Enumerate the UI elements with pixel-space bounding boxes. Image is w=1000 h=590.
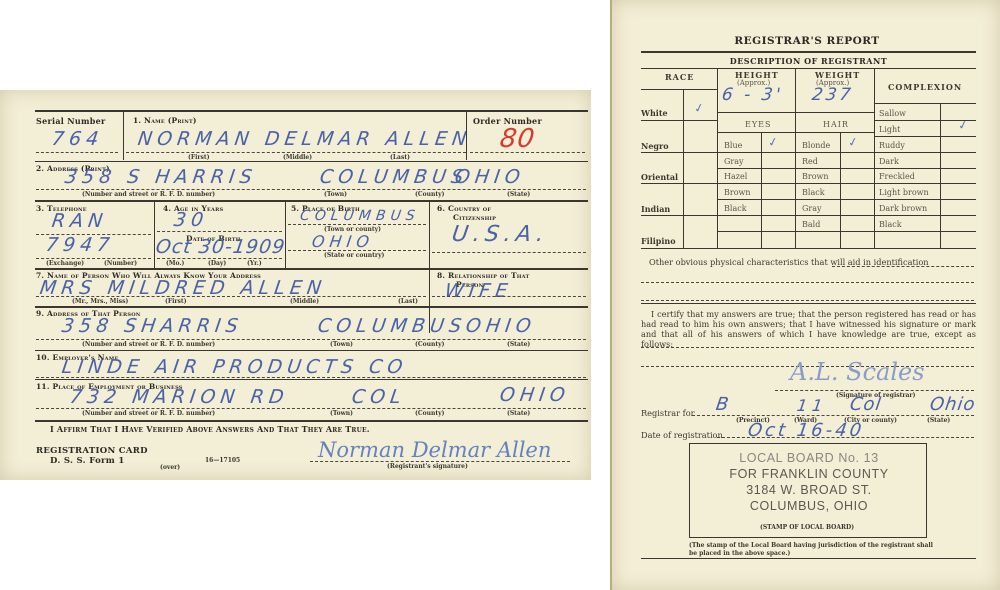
race-header: RACE bbox=[665, 72, 694, 82]
hair-bald: Bald bbox=[802, 220, 820, 229]
complexion-ruddy: Ruddy bbox=[879, 141, 905, 150]
serial-number-label: Serial Number bbox=[36, 116, 106, 126]
registrar-for-label: Registrar for bbox=[641, 408, 695, 418]
complexion-light: Light bbox=[879, 125, 900, 134]
name-label: 1. Name (Print) bbox=[133, 116, 197, 125]
city-value: Col bbox=[849, 394, 884, 415]
hair-check-icon: ✓ bbox=[847, 134, 860, 150]
height-value: 6 - 3' bbox=[721, 85, 785, 105]
hair-gray: Gray bbox=[802, 204, 822, 213]
birthplace-town: COLUMBUS bbox=[299, 208, 421, 224]
hair-brown: Brown bbox=[802, 172, 829, 181]
race-negro: Negro bbox=[641, 141, 669, 151]
serial-number-value: 764 bbox=[50, 128, 104, 150]
eyes-black: Black bbox=[724, 204, 747, 213]
complexion-sallow: Sallow bbox=[879, 109, 906, 118]
complexion-freckled: Freckled bbox=[879, 172, 915, 181]
order-number-value: 80 bbox=[498, 124, 537, 154]
state-value: Ohio bbox=[929, 394, 978, 415]
contact-address-state: OHIO bbox=[464, 315, 537, 337]
eyes-check-icon: ✓ bbox=[767, 134, 780, 150]
hair-red: Red bbox=[802, 157, 818, 166]
address-street: 358 S HARRIS bbox=[63, 166, 258, 188]
employment-state: OHIO bbox=[498, 384, 571, 406]
telephone-exchange: RAN bbox=[50, 210, 109, 232]
contact-address-street: 358 SHARRIS bbox=[60, 315, 244, 337]
age-value: 30 bbox=[172, 209, 209, 231]
form-title: REGISTRATION CARD bbox=[36, 446, 148, 456]
relationship-label: 8. Relationship of That bbox=[437, 271, 529, 280]
certification-text: I certify that my answers are true; that… bbox=[641, 309, 976, 349]
complexion-dark-brown: Dark brown bbox=[879, 204, 927, 213]
address-state: OHIO bbox=[453, 166, 526, 188]
employer-value: LINDE AIR PRODUCTS CO bbox=[60, 356, 408, 378]
local-board-stamp: LOCAL BOARD No. 13 FOR FRANKLIN COUNTY 3… bbox=[689, 443, 927, 538]
report-title: REGISTRAR'S REPORT bbox=[612, 35, 1000, 47]
dob-value: Oct 30-1909 bbox=[154, 236, 286, 258]
eyes-gray: Gray bbox=[724, 157, 744, 166]
ward-value: 11 bbox=[796, 396, 829, 415]
complexion-black: Black bbox=[879, 220, 902, 229]
contact-address-city: COLUMBUS bbox=[316, 315, 467, 337]
weight-value: 237 bbox=[811, 85, 855, 105]
print-code: 16—17105 bbox=[205, 457, 240, 464]
complexion-light-brown: Light brown bbox=[879, 188, 929, 197]
over-label: (over) bbox=[160, 464, 180, 471]
relationship-value: WIFE bbox=[443, 280, 513, 302]
race-white: White bbox=[641, 108, 668, 118]
name-value: NORMAN DELMAR ALLEN bbox=[136, 128, 472, 150]
stamp-note: (The stamp of the Local Board having jur… bbox=[689, 542, 934, 558]
complexion-dark: Dark bbox=[879, 157, 899, 166]
registrant-signature: Norman Delmar Allen bbox=[318, 438, 551, 462]
date-of-registration-label: Date of registration bbox=[641, 430, 723, 440]
affirmation-text: I Affirm That I Have Verified Above Answ… bbox=[50, 424, 370, 434]
race-check-icon: ✓ bbox=[693, 100, 706, 116]
hair-black: Black bbox=[802, 188, 825, 197]
registration-card-front: Serial Number 764 1. Name (Print) NORMAN… bbox=[0, 90, 591, 480]
eyes-blue: Blue bbox=[724, 141, 742, 150]
race-filipino: Filipino bbox=[641, 236, 676, 246]
birthplace-state: OHIO bbox=[311, 232, 376, 251]
eyes-header: EYES bbox=[745, 120, 771, 129]
eyes-brown: Brown bbox=[724, 188, 751, 197]
hair-blonde: Blonde bbox=[802, 141, 830, 150]
precinct-value: B bbox=[715, 394, 735, 415]
citizenship-value: U.S.A. bbox=[450, 222, 550, 247]
telephone-number: 7947 bbox=[44, 234, 115, 256]
hair-header: HAIR bbox=[823, 120, 849, 129]
employment-street: 732 MARION RD bbox=[68, 386, 290, 408]
eyes-hazel: Hazel bbox=[724, 172, 747, 181]
complexion-header: COMPLEXION bbox=[888, 82, 962, 92]
employment-city: COL bbox=[350, 386, 407, 408]
race-indian: Indian bbox=[641, 204, 670, 214]
registrars-report-back: REGISTRAR'S REPORT DESCRIPTION OF REGIST… bbox=[610, 0, 1000, 590]
form-number: D. S. S. Form 1 bbox=[50, 456, 125, 466]
race-oriental: Oriental bbox=[641, 172, 678, 182]
registrar-signature: A.L. Scales bbox=[790, 358, 925, 386]
top-rule bbox=[35, 110, 588, 112]
address-city: COLUMBUS bbox=[318, 166, 469, 188]
citizenship-label: 6. Country of bbox=[437, 204, 491, 213]
description-title: DESCRIPTION OF REGISTRANT bbox=[641, 56, 976, 66]
